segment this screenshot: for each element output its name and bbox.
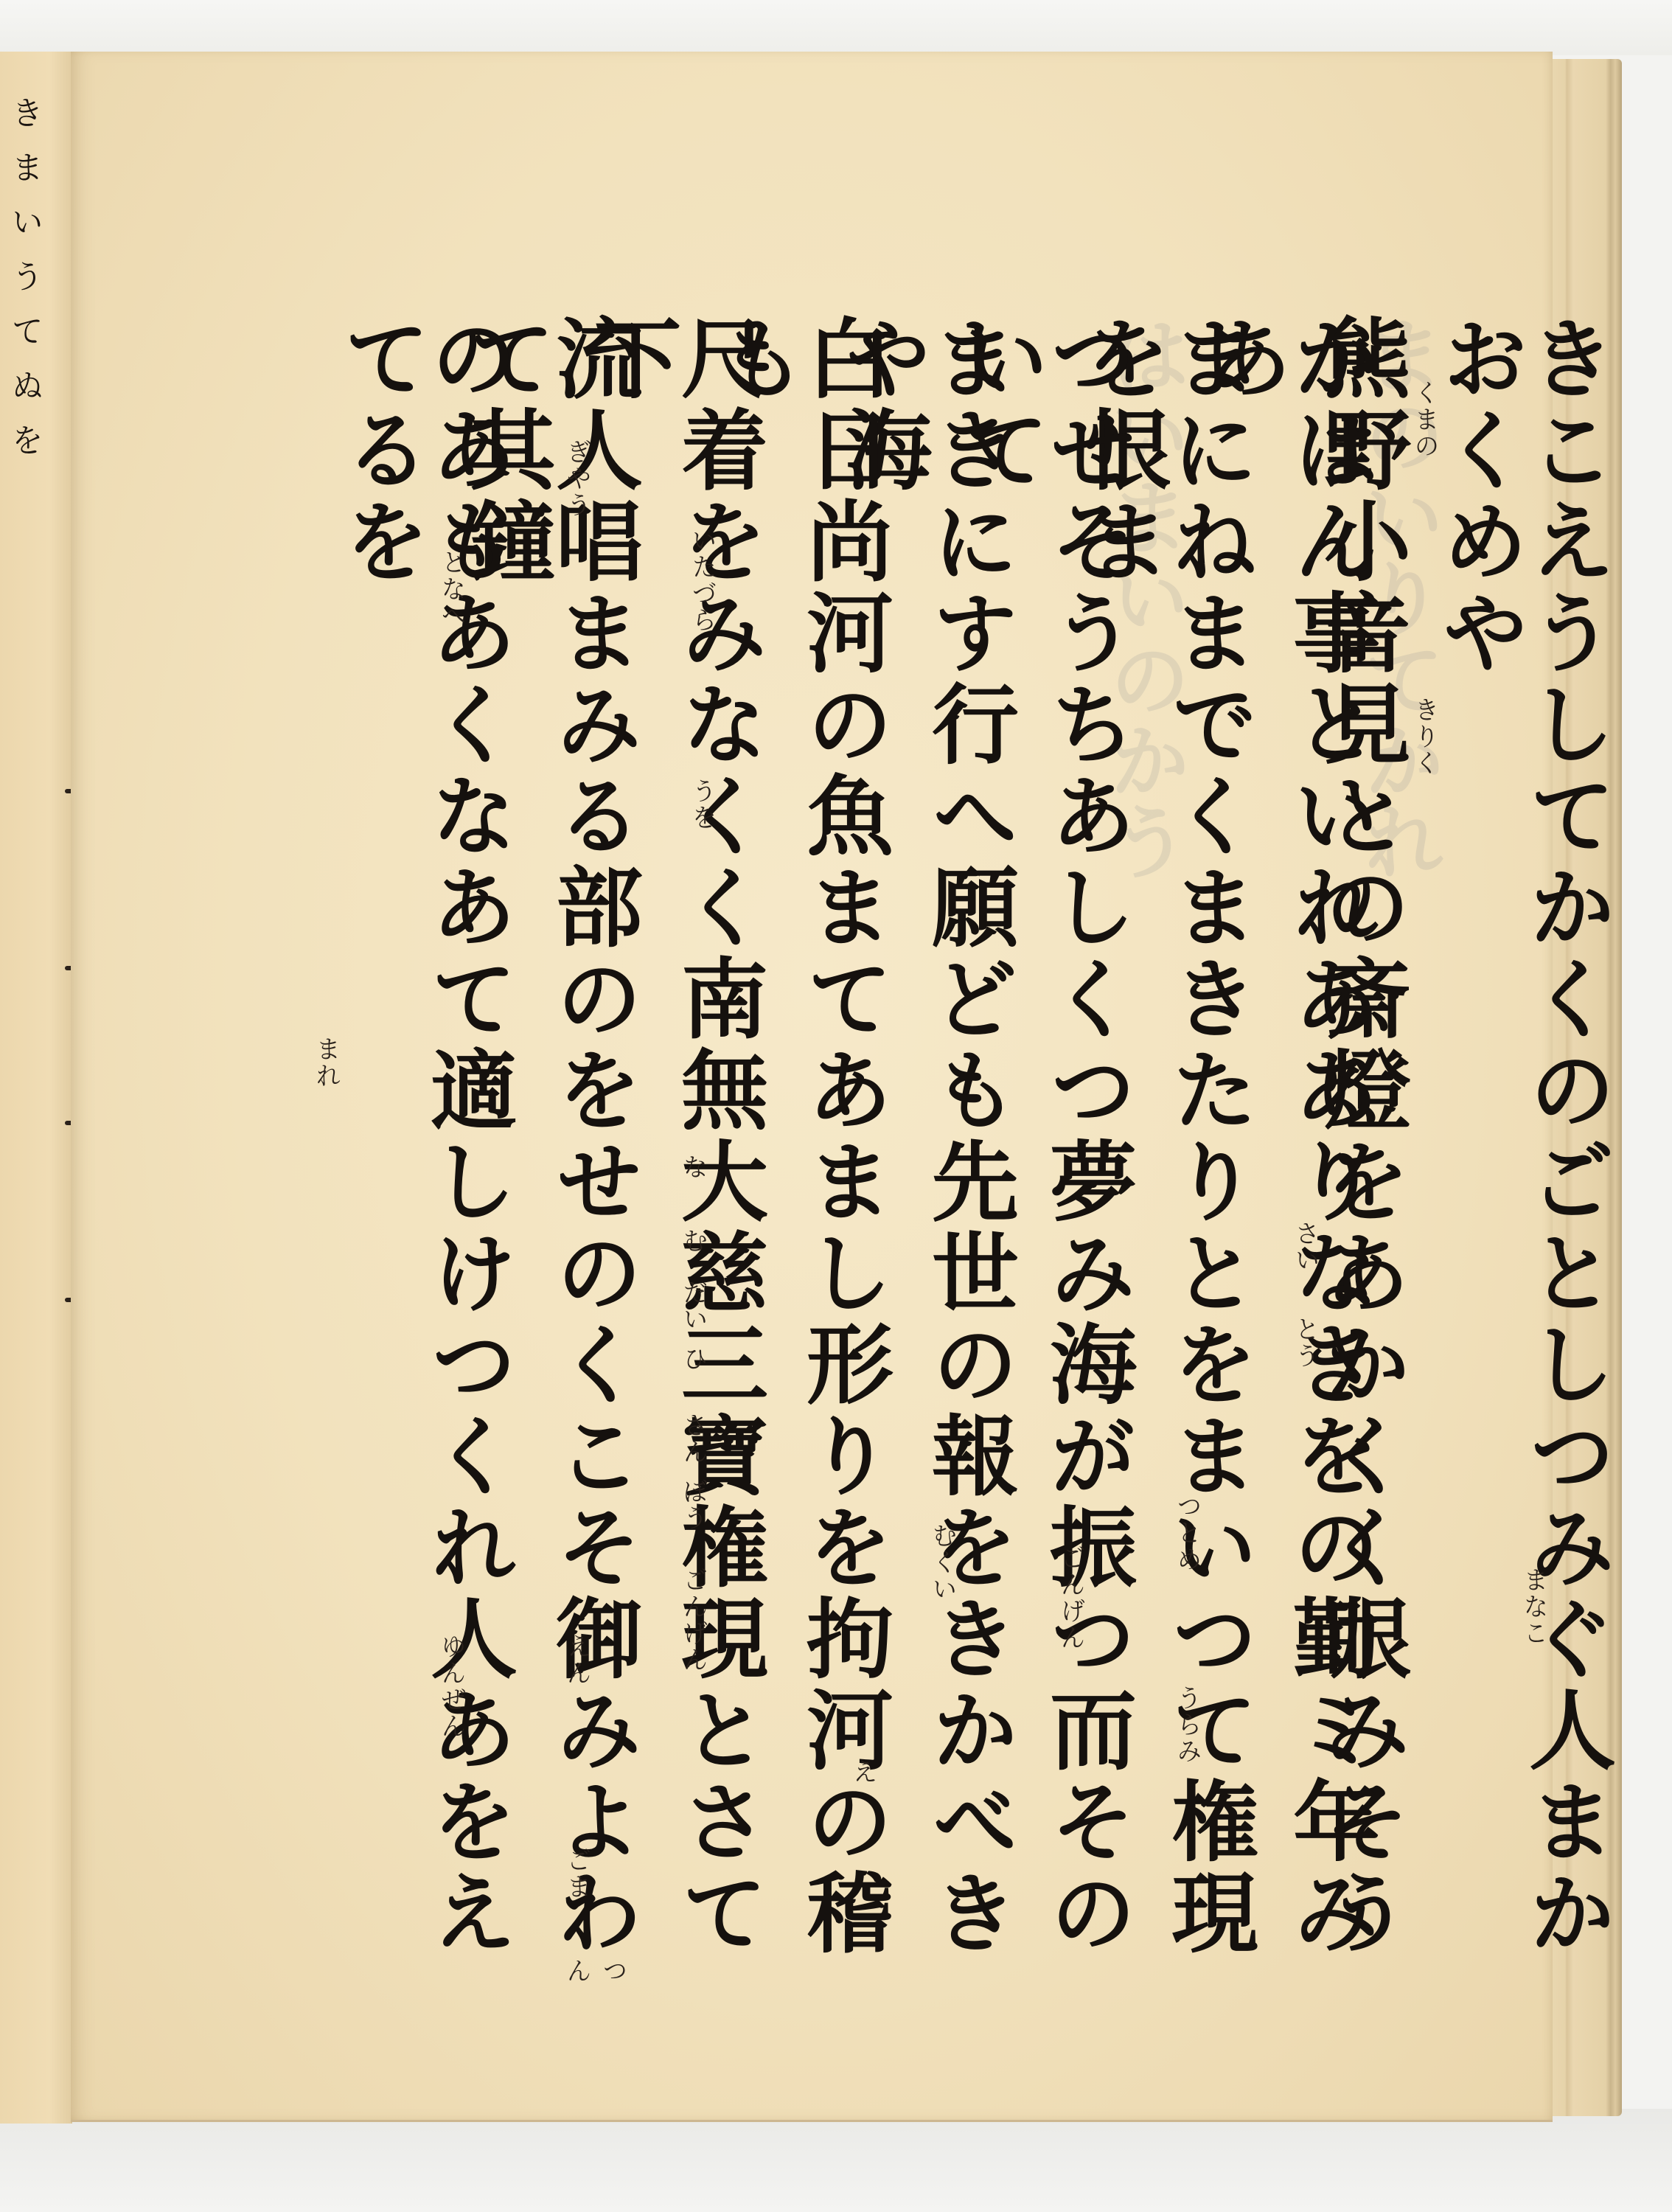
furigana: つん [559,1958,631,2009]
furigana: さい [1287,1220,1323,1273]
furigana: うを [684,778,720,831]
main-manuscript-page: まのいりてかれ はいまいのかう きこえうしてかくのごとしつみぐ人まかおくめや 熊… [71,52,1553,2122]
furigana: む [675,1228,711,1254]
furigana: ゆんぜん [433,1633,470,1739]
furigana: え [845,1759,881,1785]
furigana: な [675,1154,711,1180]
left-page-text-fragments: きまいうてぬを [6,96,41,478]
furigana: きりく [1407,697,1443,776]
furigana: えん [559,1633,595,1686]
photo-backdrop-top [0,0,1672,55]
furigana: いたづら [684,527,720,633]
furigana: つとめ [1169,1493,1205,1573]
furigana: だい [675,1279,711,1332]
furigana: さん [675,1412,711,1465]
furigana: まなこ [1516,1567,1552,1646]
furigana: うらみ [1169,1685,1205,1764]
furigana: となへ [433,549,470,629]
furigana: ごま [559,1847,595,1900]
calligraphy-text-block: まのいりてかれ はいまいのかう きこえうしてかくのごとしつみぐ人まかおくめや 熊… [218,313,1516,2009]
furigana: くまの [1407,380,1443,459]
left-facing-page: きまいうてぬを [0,52,72,2124]
photo-backdrop-bottom [0,2109,1672,2212]
furigana: ぼう [675,1478,711,1531]
text-column-1: きこえうしてかくのごとしつみぐ人まかおくめや [1435,313,1609,2009]
text-column-10: のあもあくなあて適しけつくれ人あをえてるを [336,313,510,2009]
furigana: ごんげん [675,1567,711,1673]
furigana: ごんげん [1053,1545,1089,1651]
furigana: むくい [924,1523,961,1602]
furigana: ひ [675,1346,711,1372]
furigana: まれ [308,1036,344,1089]
furigana: とう [1287,1316,1323,1369]
furigana: ぎやう [559,439,595,518]
